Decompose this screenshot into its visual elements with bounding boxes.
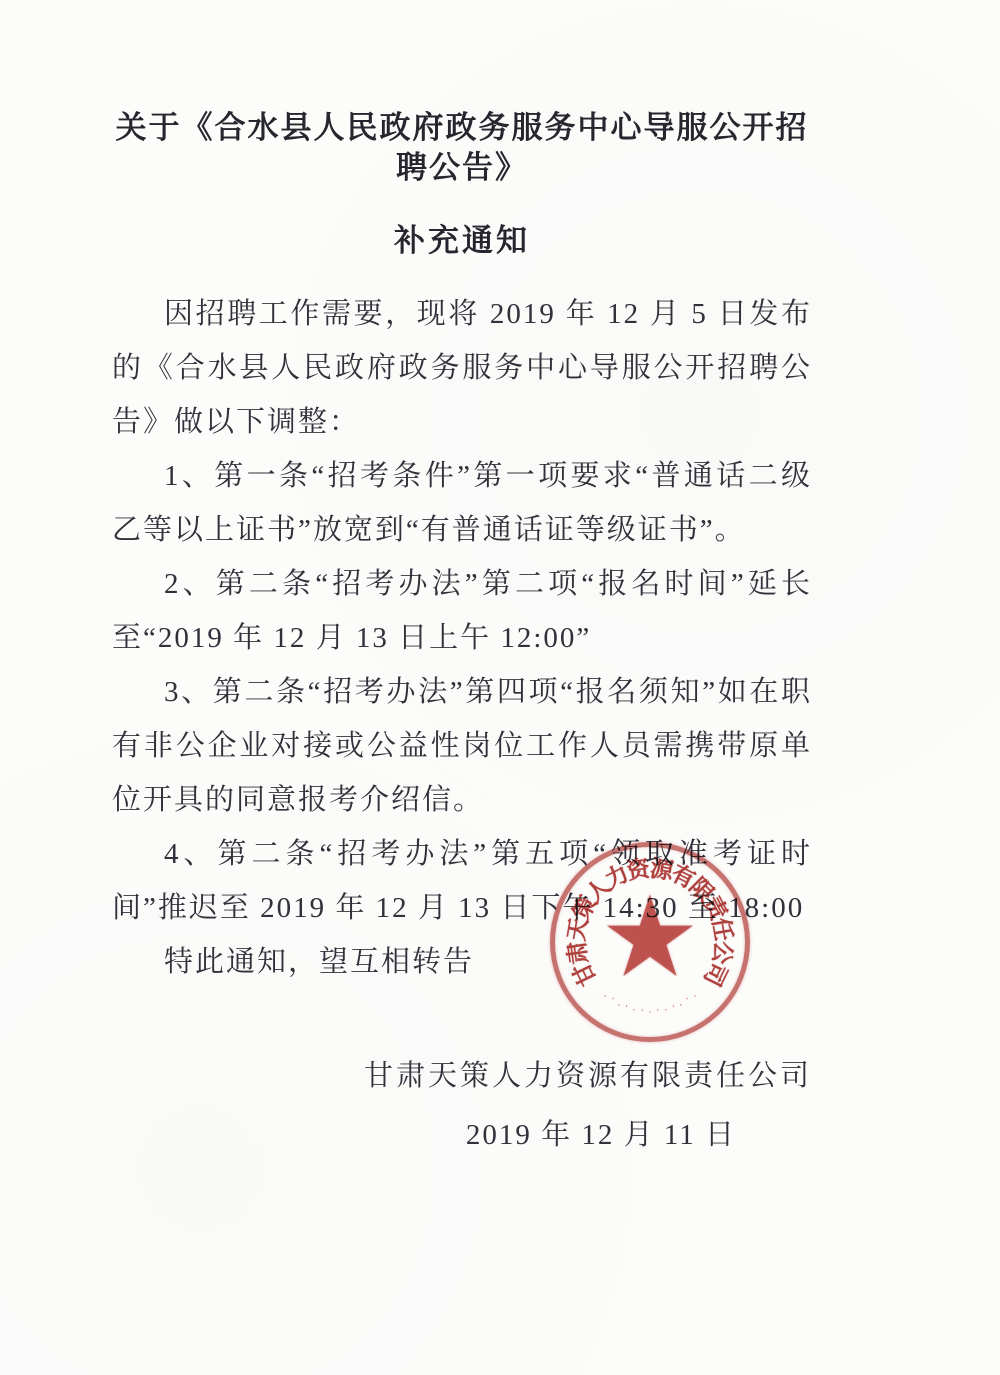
notice-paragraph-item-4: 4、第二条“招考办法”第五项“领取准考证时间”推迟至 2019 年 12 月 1… xyxy=(112,827,812,935)
notice-title: 关于《合水县人民政府政务服务中心导服公开招聘公告》 xyxy=(112,108,812,188)
signature-block: 甘肃天策人力资源有限责任公司 2019 年 12 月 11 日 xyxy=(112,1049,812,1162)
scanned-notice-page: 关于《合水县人民政府政务服务中心导服公开招聘公告》 补充通知 因招聘工作需要，现… xyxy=(0,0,1000,1375)
notice-content: 关于《合水县人民政府政务服务中心导服公开招聘公告》 补充通知 因招聘工作需要，现… xyxy=(112,108,812,1162)
notice-paragraph-item-2: 2、第二条“招考办法”第二项“报名时间”延长至“2019 年 12 月 13 日… xyxy=(112,557,812,665)
signature-company-name: 甘肃天策人力资源有限责任公司 xyxy=(364,1049,812,1103)
notice-body: 因招聘工作需要，现将 2019 年 12 月 5 日发布的《合水县人民政府政务服… xyxy=(112,287,812,989)
notice-paragraph-item-1: 1、第一条“招考条件”第一项要求“普通话二级乙等以上证书”放宽到“有普通话证等级… xyxy=(112,449,812,557)
signature-date: 2019 年 12 月 11 日 xyxy=(466,1108,736,1162)
notice-paragraph-closing: 特此通知，望互相转告 xyxy=(112,935,812,989)
notice-subtitle: 补充通知 xyxy=(112,221,812,261)
notice-paragraph-intro: 因招聘工作需要，现将 2019 年 12 月 5 日发布的《合水县人民政府政务服… xyxy=(112,287,812,449)
notice-paragraph-item-3: 3、第二条“招考办法”第四项“报名须知”如在职有非公企业对接或公益性岗位工作人员… xyxy=(112,665,812,827)
